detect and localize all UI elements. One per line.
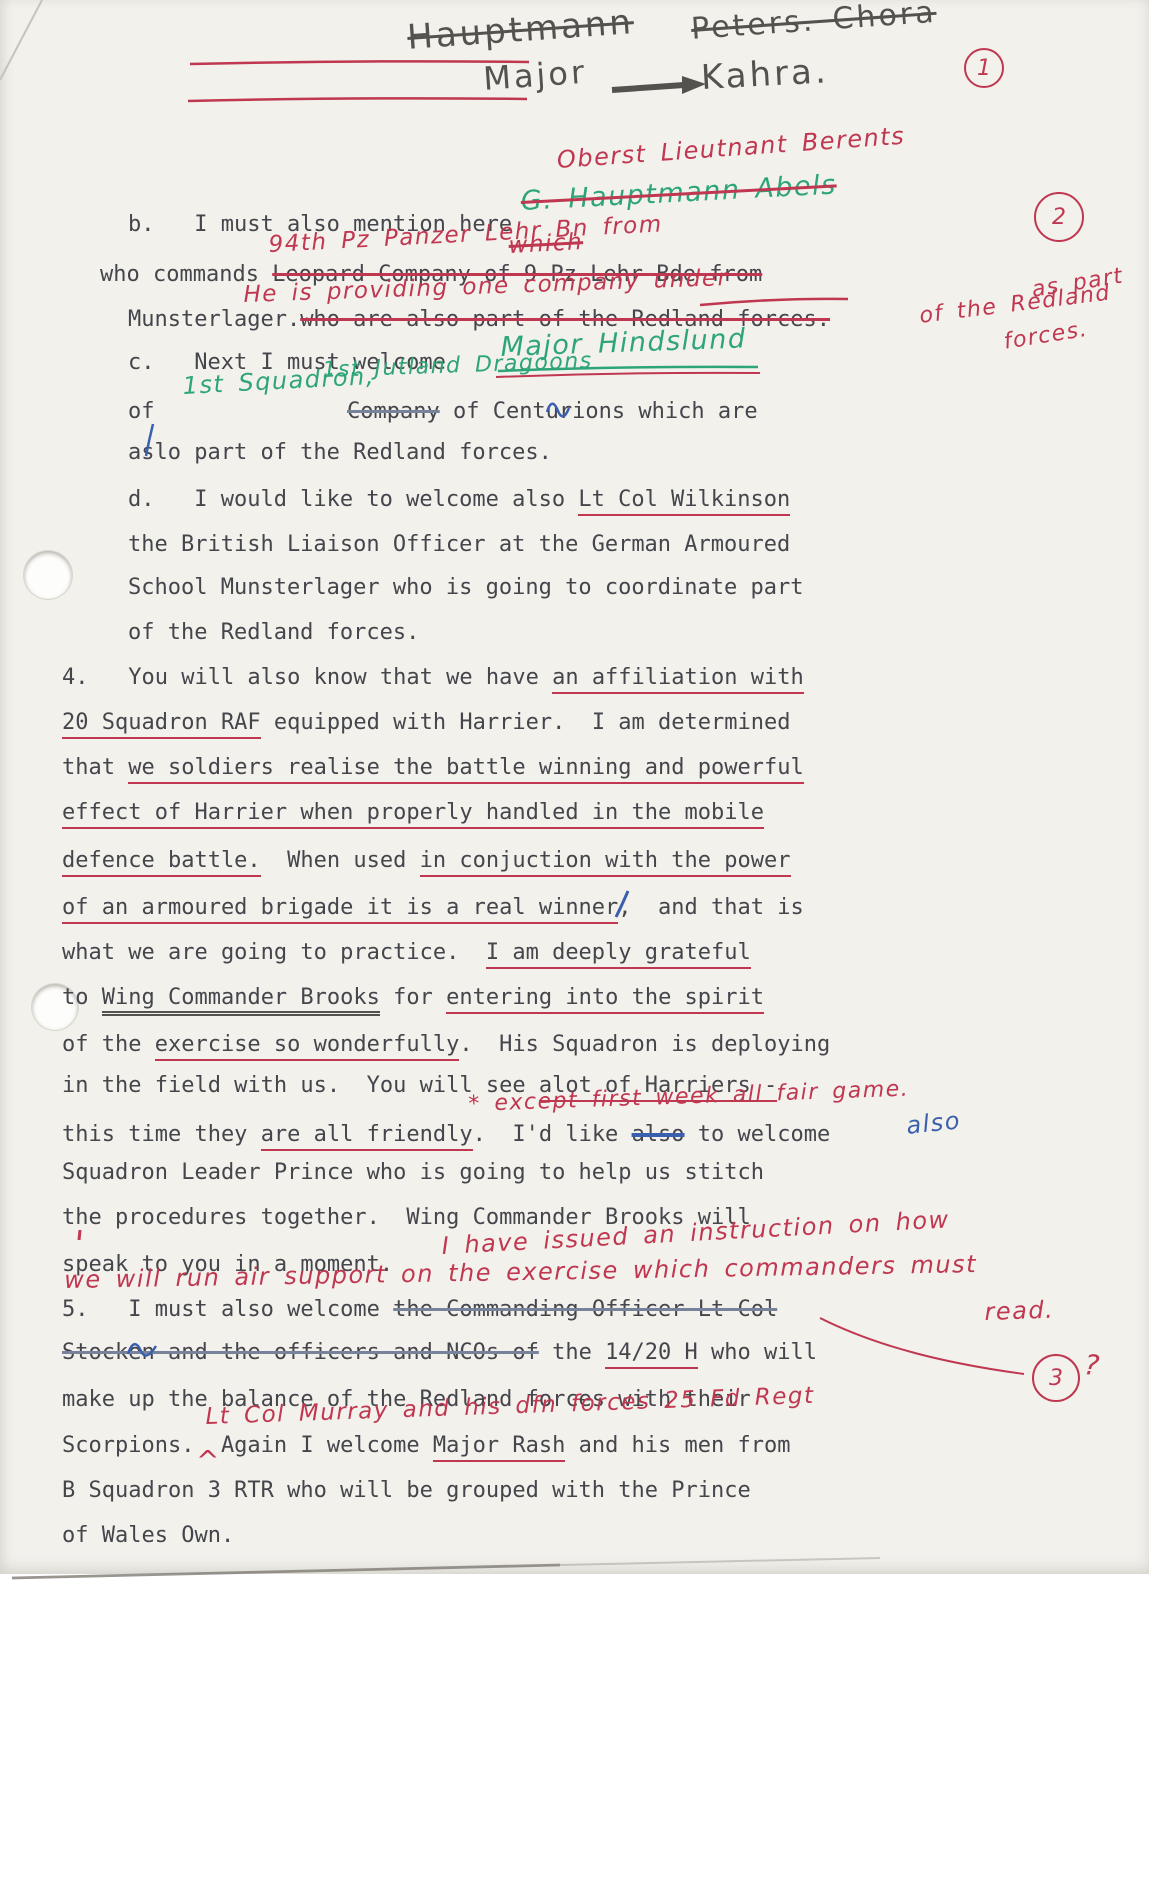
typed-text: what we are going to practice.	[62, 940, 486, 965]
handwritten-note: Hauptmann	[406, 2, 635, 58]
struck-text: who are also part of the Redland forces.	[300, 307, 830, 332]
typed-line: this time they are all friendly. I'd lik…	[62, 1122, 830, 1148]
typed-text: this time they	[62, 1122, 261, 1147]
underlined-text: Wing Commander Brooks	[102, 985, 380, 1016]
typed-line: School Munsterlager who is going to coor…	[128, 575, 804, 601]
typed-line: Scorpions. Again I welcome Major Rash an…	[62, 1433, 791, 1459]
page-corner-crease	[0, 0, 42, 80]
typed-text: B Squadron 3 RTR who will be grouped wit…	[62, 1478, 751, 1503]
typed-line: Company of Centurions which are	[347, 399, 758, 425]
typed-line: that we soldiers realise the battle winn…	[62, 755, 804, 781]
circled-number-mark: 2	[1034, 192, 1084, 242]
typed-text: who will	[698, 1340, 817, 1365]
handwritten-note: ?	[1083, 1348, 1103, 1383]
typed-text: that	[62, 755, 128, 780]
red-underscore-line	[700, 299, 848, 305]
typed-text: Squadron Leader Prince who is going to h…	[62, 1160, 764, 1185]
typed-line: Stocken and the officers and NCOs of the…	[62, 1340, 817, 1366]
typed-text: 4. You will also know that we have	[62, 665, 552, 690]
handwritten-note: Kahra.	[700, 51, 830, 98]
handwritten-note: Peters. Chora	[690, 0, 938, 47]
typed-text: and his men from	[565, 1433, 790, 1458]
typed-line: of the Redland forces.	[128, 620, 419, 646]
typed-text: Scorpions. Again I welcome	[62, 1433, 433, 1458]
typed-line: defence battle. When used in conjuction …	[62, 848, 791, 874]
underlined-text: we soldiers realise the battle winning a…	[128, 755, 804, 784]
handwritten-note: Oberst Lieutnant Berents	[556, 122, 906, 174]
typed-text: the British Liaison Officer at the Germa…	[128, 532, 790, 557]
struck-text: Stocken and the officers and NCOs of	[62, 1340, 539, 1365]
typed-text: 5. I must also welcome	[62, 1297, 393, 1322]
typed-text: of the Redland forces.	[128, 620, 419, 645]
red-connector-curve	[820, 1318, 1024, 1374]
underlined-text: in conjuction with the power	[420, 848, 791, 877]
typed-line: 4. You will also know that we have an af…	[62, 665, 804, 691]
red-tick-mark	[79, 1230, 80, 1240]
typed-text: aslo part of the Redland forces.	[128, 440, 552, 465]
arrow-icon	[612, 85, 684, 90]
page-bottom-edge-faint	[560, 1558, 880, 1565]
typed-line: to Wing Commander Brooks for entering in…	[62, 985, 764, 1011]
typed-line: of	[128, 399, 155, 425]
underlined-text: effect of Harrier when properly handled …	[62, 800, 764, 829]
page-bottom-edge	[12, 1565, 560, 1578]
typed-text: . His Squadron is deploying	[459, 1032, 830, 1057]
typed-line: 20 Squadron RAF equipped with Harrier. I…	[62, 710, 791, 736]
underlined-text: entering into the spirit	[446, 985, 764, 1014]
typed-text: of Wales Own.	[62, 1523, 234, 1548]
struck-text: the Commanding Officer Lt Col	[393, 1297, 777, 1322]
underlined-text: Major Rash	[433, 1433, 565, 1462]
typed-line: of the exercise so wonderfully. His Squa…	[62, 1032, 830, 1058]
red-rule-top-1	[190, 61, 529, 64]
underlined-text: Lt Col Wilkinson	[578, 487, 790, 516]
handwritten-note: Major	[482, 53, 588, 98]
hole-punch-top	[24, 551, 72, 599]
typed-line: Squadron Leader Prince who is going to h…	[62, 1160, 764, 1186]
underlined-text: of an armoured brigade it is a real winn…	[62, 895, 618, 924]
handwritten-note: read.	[984, 1296, 1055, 1326]
handwritten-note: which	[508, 229, 584, 259]
typed-line: B Squadron 3 RTR who will be grouped wit…	[62, 1478, 751, 1504]
typed-text: equipped with Harrier. I am determined	[261, 710, 791, 735]
typed-text: d. I would like to welcome also	[128, 487, 578, 512]
handwritten-note: forces.	[1002, 317, 1090, 355]
typed-text: . I'd like	[473, 1122, 632, 1147]
typed-text: Munsterlager.	[128, 307, 300, 332]
typed-text: for	[380, 985, 446, 1010]
handwritten-note: G. Hauptmann Abels	[520, 169, 837, 217]
typed-text: of Centurions which are	[440, 399, 758, 424]
typed-line: the British Liaison Officer at the Germa…	[128, 532, 790, 558]
scanned-memo-page: { "colors": { "red": "#bf3750", "green":…	[0, 0, 1149, 1888]
typed-text: of the	[62, 1032, 155, 1057]
typed-line: what we are going to practice. I am deep…	[62, 940, 751, 966]
typed-text: the	[539, 1340, 605, 1365]
typed-line: effect of Harrier when properly handled …	[62, 800, 764, 826]
handwritten-note: ^	[196, 1444, 221, 1477]
paper-sheet: b. I must also mention herewho commands …	[0, 0, 1149, 1574]
underlined-text: are all friendly	[261, 1122, 473, 1151]
typed-text: , and that is	[618, 895, 803, 920]
typed-text: to welcome	[685, 1122, 831, 1147]
handwritten-note: also	[905, 1106, 962, 1140]
typed-text: of	[128, 399, 155, 424]
underlined-text: 20 Squadron RAF	[62, 710, 261, 739]
typed-line: d. I would like to welcome also Lt Col W…	[128, 487, 790, 513]
underlined-text: defence battle.	[62, 848, 261, 877]
red-rule-top-2	[188, 98, 527, 101]
typed-text: School Munsterlager who is going to coor…	[128, 575, 804, 600]
typed-line: aslo part of the Redland forces.	[128, 440, 552, 466]
underlined-text: I am deeply grateful	[486, 940, 751, 969]
struck-text: Company	[347, 399, 440, 424]
typed-text: When used	[261, 848, 420, 873]
circled-number-mark: 1	[964, 48, 1004, 88]
typed-line: of Wales Own.	[62, 1523, 234, 1549]
underlined-text: 14/20 H	[605, 1340, 698, 1369]
typed-line: 5. I must also welcome the Commanding Of…	[62, 1297, 777, 1323]
underlined-text: an affiliation with	[552, 665, 804, 694]
circled-number-mark: 3	[1032, 1354, 1080, 1402]
typed-text: to	[62, 985, 102, 1010]
typed-line: of an armoured brigade it is a real winn…	[62, 895, 804, 921]
struck-text: also	[632, 1122, 685, 1147]
underlined-text: exercise so wonderfully	[155, 1032, 460, 1061]
